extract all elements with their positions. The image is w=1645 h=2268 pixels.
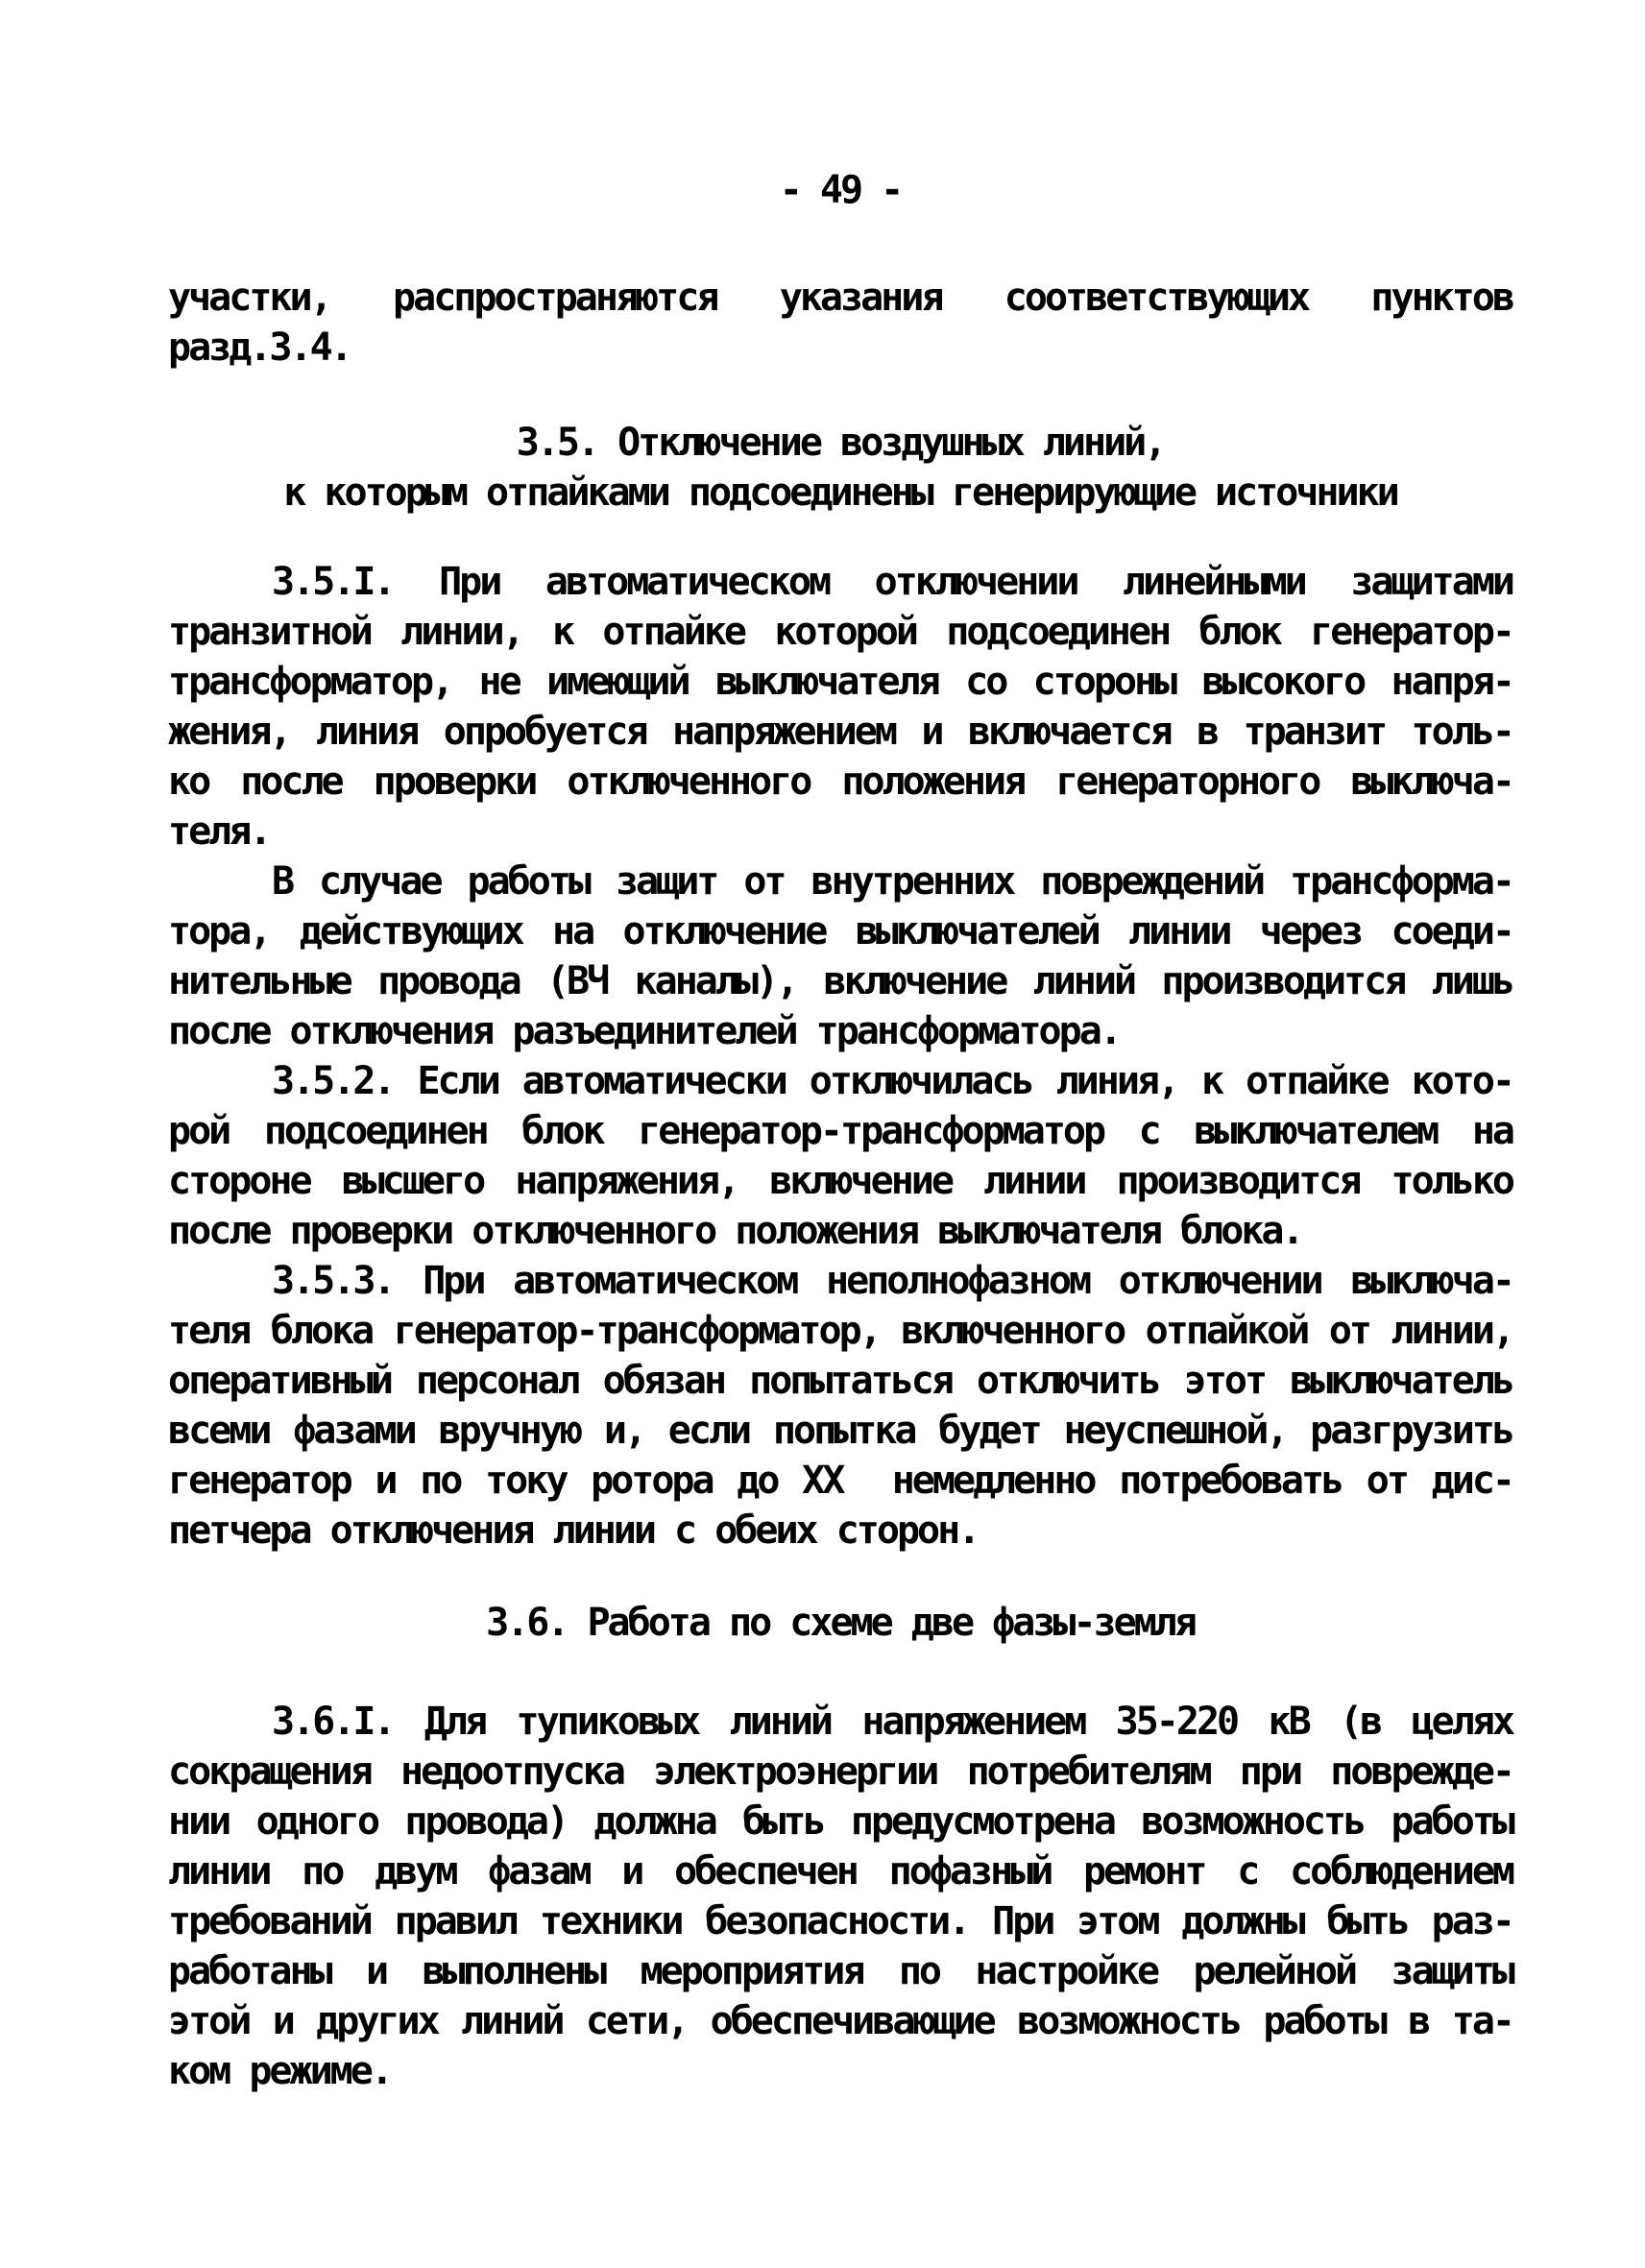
text-line: всеми фазами вручную и, если попытка буд… — [168, 1406, 1512, 1456]
text-line: нии одного провода) должна быть предусмо… — [168, 1797, 1512, 1846]
heading-3-5: 3.5. Отключение воздушных линий,к которы… — [168, 418, 1512, 518]
text-line: сокращения недоотпуска электроэнергии по… — [168, 1747, 1512, 1797]
text-line: 3.6. Работа по схеме две фазы-земля — [168, 1598, 1512, 1648]
paragraph-3-5-1: 3.5.I. При автоматическом отключении лин… — [168, 557, 1512, 857]
paragraph-3-5-1b: В случае работы защит от внутренних повр… — [168, 857, 1512, 1056]
text-line: нительные провода (ВЧ каналы), включение… — [168, 956, 1512, 1006]
text-line: генератор и по току ротора до ХХ немедле… — [168, 1456, 1512, 1506]
paragraph-3-6-1: 3.6.I. Для тупиковых линий напряжением 3… — [168, 1697, 1512, 2096]
text-line: работаны и выполнены мероприятия по наст… — [168, 1946, 1512, 1996]
text-line: оперативный персонал обязан попытаться о… — [168, 1356, 1512, 1406]
text-line: этой и других линий сети, обеспечивающие… — [168, 1996, 1512, 2046]
text-line: теля блока генератор-трансформатор, вклю… — [168, 1306, 1512, 1356]
text-line: 3.5.3. При автоматическом неполнофазном … — [168, 1256, 1512, 1306]
text-line: к которым отпайками подсоединены генерир… — [168, 468, 1512, 518]
text-line: В случае работы защит от внутренних повр… — [168, 857, 1512, 906]
text-line: 3.5.2. Если автоматически отключилась ли… — [168, 1056, 1512, 1106]
text-line: 3.5.I. При автоматическом отключении лин… — [168, 557, 1512, 607]
text-line: после отключения разъединителей трансфор… — [168, 1006, 1512, 1056]
text-line: 3.6.I. Для тупиковых линий напряжением 3… — [168, 1697, 1512, 1747]
text-line: участки, распространяются указания соотв… — [168, 273, 1512, 323]
text-line: ко после проверки отключенного положения… — [168, 757, 1512, 807]
text-line: петчера отключения линии с обеих сторон. — [168, 1506, 1512, 1556]
text-line: 3.5. Отключение воздушных линий, — [168, 418, 1512, 468]
document-page: - 49 - участки, распространяются указани… — [0, 0, 1645, 2268]
document-content: участки, распространяются указания соотв… — [168, 273, 1512, 2096]
text-line: после проверки отключенного положения вы… — [168, 1206, 1512, 1256]
text-line: ком режиме. — [168, 2046, 1512, 2096]
paragraph-3-5-2: 3.5.2. Если автоматически отключилась ли… — [168, 1056, 1512, 1256]
text-line: рой подсоединен блок генератор-трансформ… — [168, 1106, 1512, 1156]
text-line: тора, действующих на отключение выключат… — [168, 906, 1512, 956]
paragraph-3-5-3: 3.5.3. При автоматическом неполнофазном … — [168, 1256, 1512, 1556]
text-line: линии по двум фазам и обеспечен пофазный… — [168, 1846, 1512, 1896]
text-line: транзитной линии, к отпайке которой подс… — [168, 607, 1512, 657]
page-number: - 49 - — [168, 165, 1512, 215]
text-line: жения, линия опробуется напряжением и вк… — [168, 707, 1512, 757]
text-line: стороне высшего напряжения, включение ли… — [168, 1156, 1512, 1206]
paragraph-continuation: участки, распространяются указания соотв… — [168, 273, 1512, 373]
text-line: теля. — [168, 807, 1512, 857]
text-line: трансформатор, не имеющий выключателя со… — [168, 657, 1512, 707]
heading-3-6: 3.6. Работа по схеме две фазы-земля — [168, 1598, 1512, 1648]
text-line: разд.3.4. — [168, 323, 1512, 373]
text-line: требований правил техники безопасности. … — [168, 1896, 1512, 1946]
